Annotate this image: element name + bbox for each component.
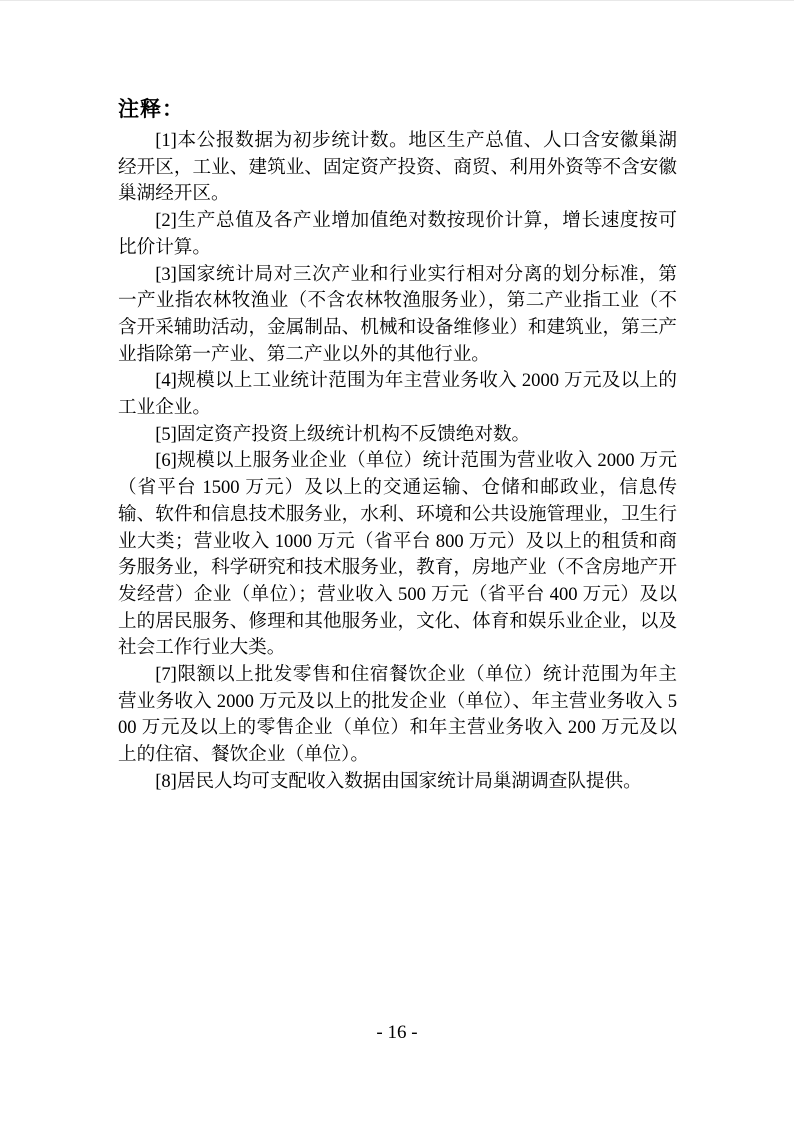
note-paragraph-3: [3]国家统计局对三次产业和行业实行相对分离的划分标准，第一产业指农林牧渔业（不… xyxy=(118,262,677,369)
page-number: - 16 - xyxy=(0,1020,794,1046)
note-paragraph-7: [7]限额以上批发零售和住宿餐饮企业（单位）统计范围为年主营业务收入 2000 … xyxy=(118,662,677,769)
note-paragraph-2: [2]生产总值及各产业增加值绝对数按现价计算，增长速度按可比价计算。 xyxy=(118,208,677,261)
note-paragraph-8: [8]居民人均可支配收入数据由国家统计局巢湖调查队提供。 xyxy=(118,769,677,796)
notes-heading: 注释： xyxy=(118,96,677,123)
note-paragraph-4: [4]规模以上工业统计范围为年主营业务收入 2000 万元及以上的工业企业。 xyxy=(118,368,677,421)
note-paragraph-5: [5]固定资产投资上级统计机构不反馈绝对数。 xyxy=(118,422,677,449)
note-paragraph-1: [1]本公报数据为初步统计数。地区生产总值、人口含安徽巢湖经开区，工业、建筑业、… xyxy=(118,128,677,208)
notes-section: 注释： [1]本公报数据为初步统计数。地区生产总值、人口含安徽巢湖经开区，工业、… xyxy=(118,96,677,796)
document-page: 注释： [1]本公报数据为初步统计数。地区生产总值、人口含安徽巢湖经开区，工业、… xyxy=(0,0,794,1122)
note-paragraph-6: [6]规模以上服务业企业（单位）统计范围为营业收入 2000 万元（省平台 15… xyxy=(118,448,677,662)
